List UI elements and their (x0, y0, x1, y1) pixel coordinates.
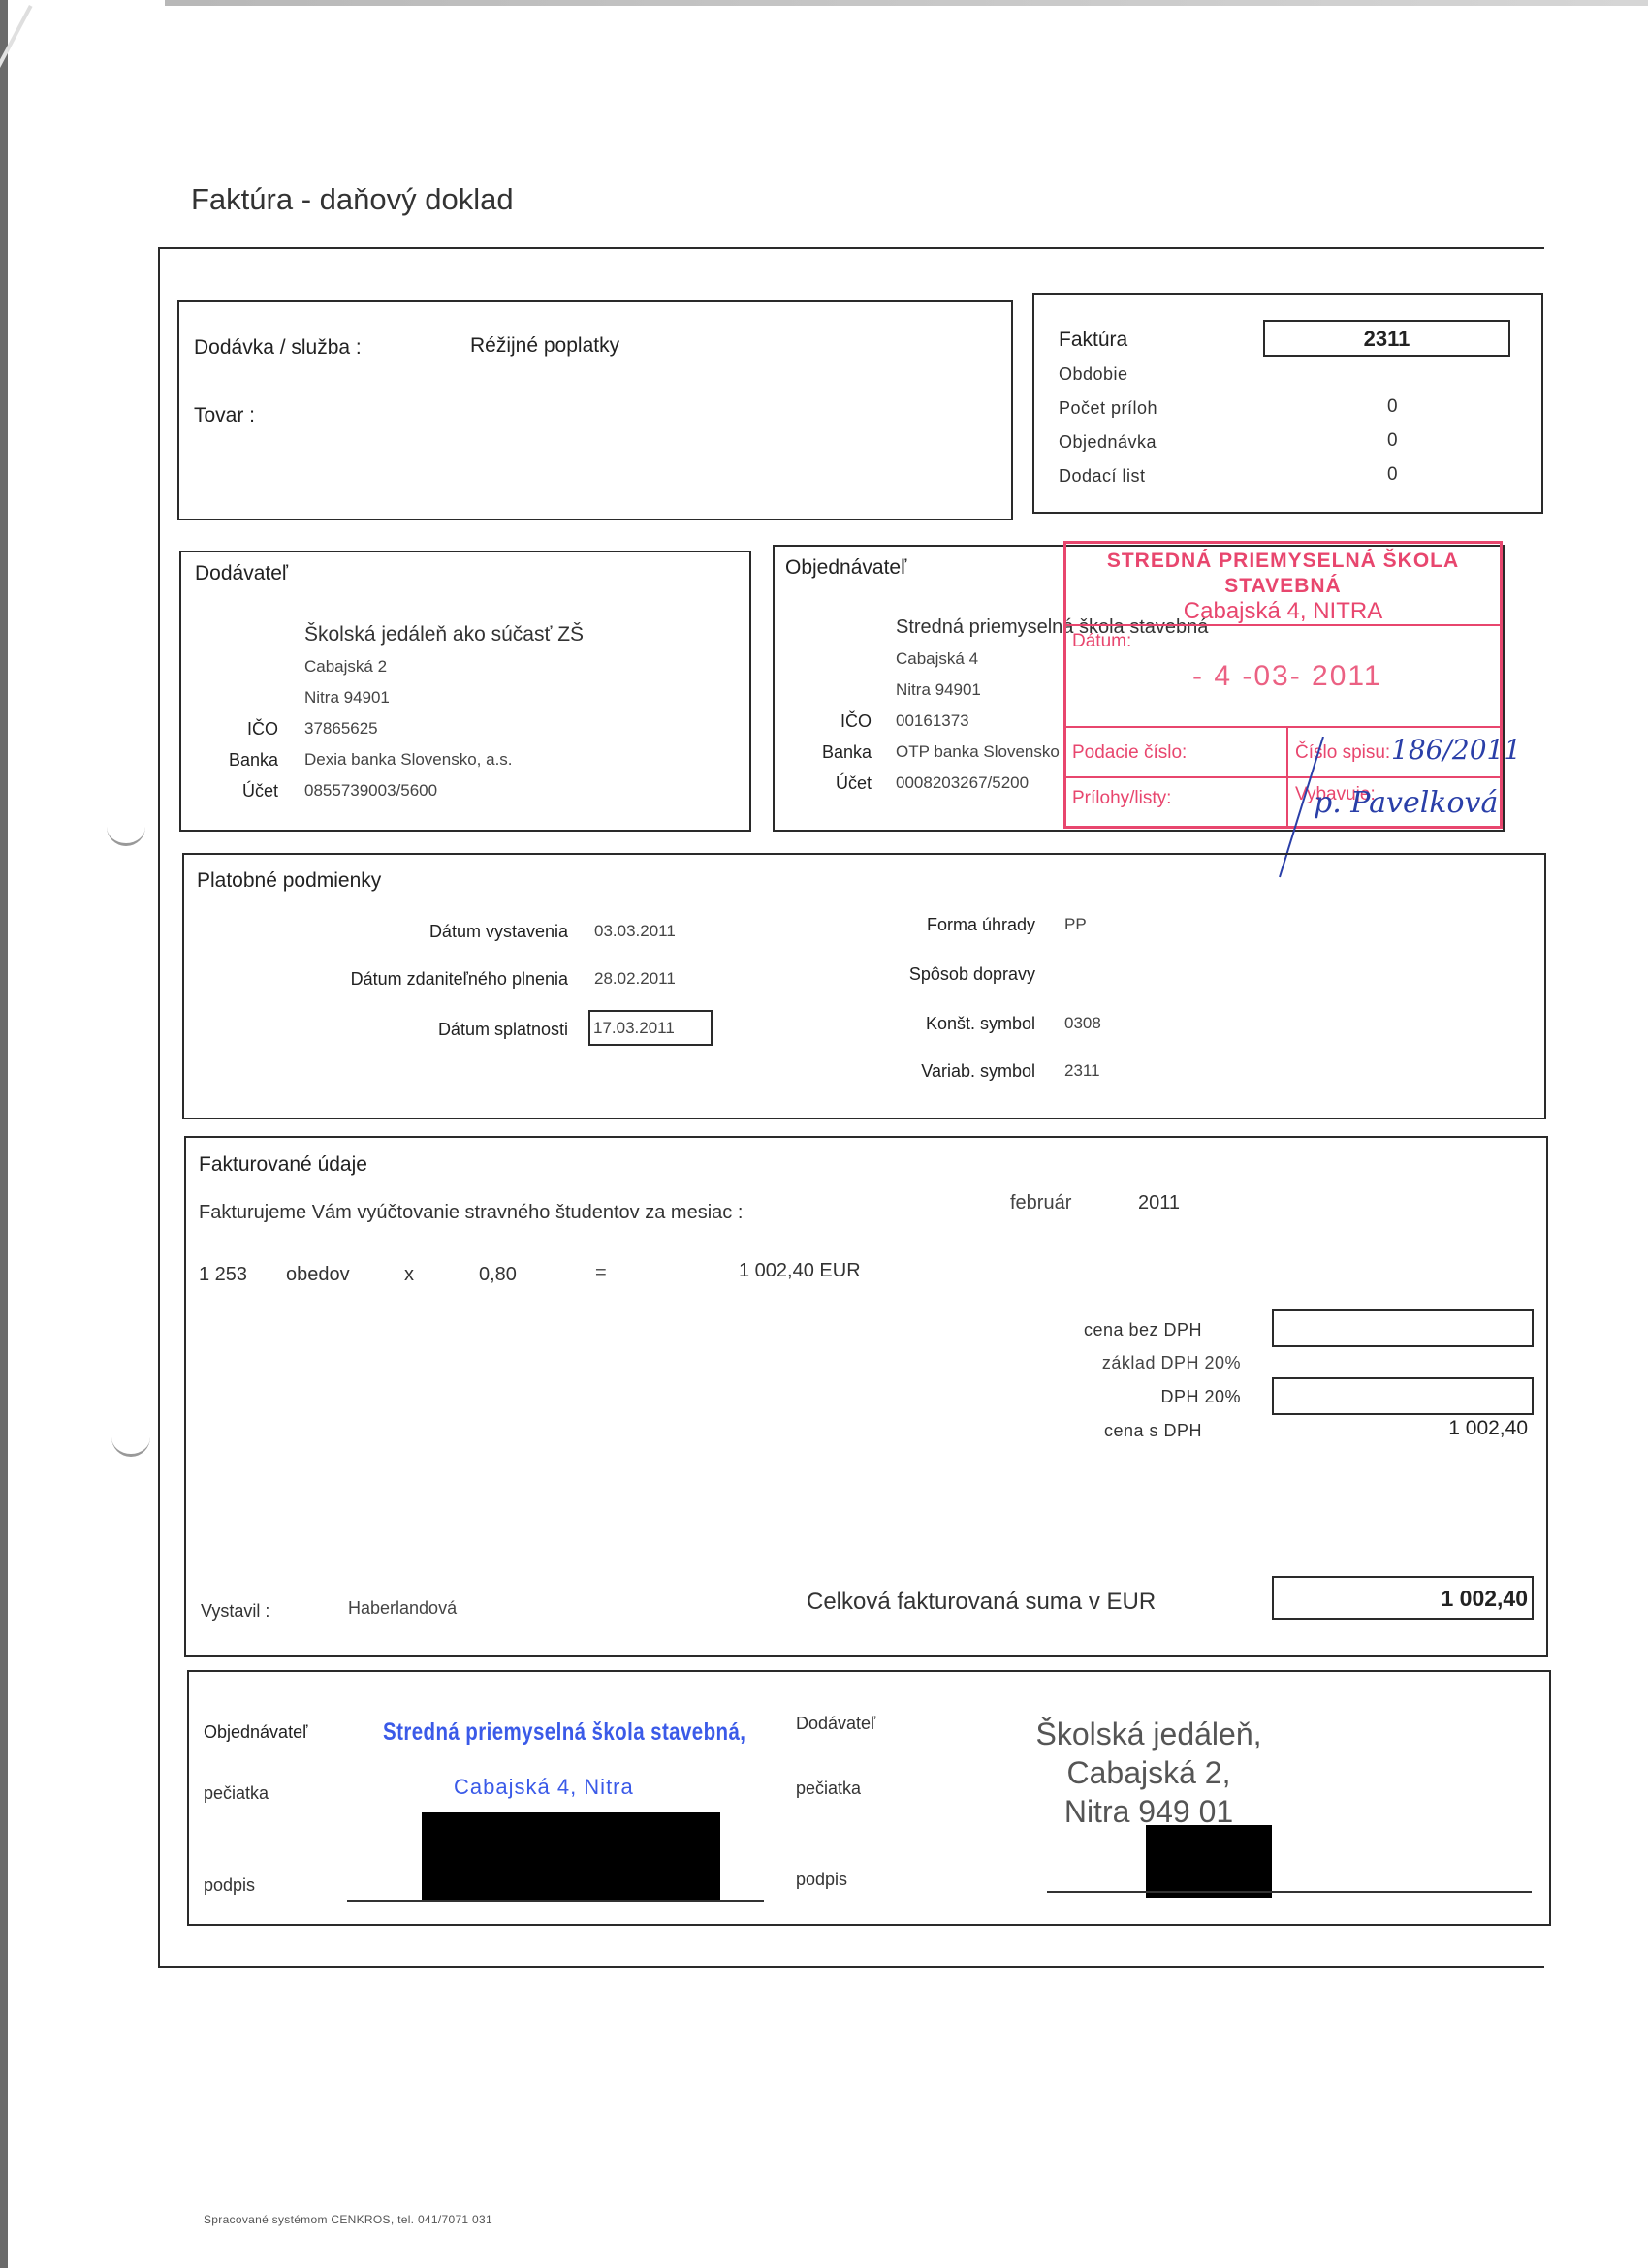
supplier-bank-label: Banka (181, 750, 278, 771)
document-title: Faktúra - daňový doklad (191, 182, 514, 217)
customer-city: Nitra 94901 (896, 680, 981, 700)
issued-by: Haberlandová (348, 1598, 457, 1619)
constant-symbol-label: Konšt. symbol (766, 1014, 1035, 1034)
attachments-count-value: 0 (1387, 396, 1398, 418)
variable-symbol-value: 2311 (1064, 1061, 1100, 1081)
customer-bank-label: Banka (775, 742, 872, 763)
customer-heading: Objednávateľ (785, 556, 906, 580)
supplier-ico: 37865625 (304, 719, 378, 739)
stamp-handled-by-value: p. Pavelková (1314, 786, 1498, 820)
invoice-month: február (1010, 1192, 1071, 1214)
variable-symbol-label: Variab. symbol (766, 1061, 1035, 1082)
item-unit-price: 0,80 (479, 1264, 517, 1286)
stamp-file-no-value: 186/2011 (1391, 734, 1521, 766)
supplier-sign-label: podpis (796, 1870, 847, 1890)
supplier-stamp-line2: Cabajská 2, (994, 1755, 1304, 1791)
customer-bank: OTP banka Slovensko (896, 742, 1060, 762)
supplier-city: Nitra 94901 (304, 688, 390, 708)
net-price-box (1272, 1309, 1534, 1347)
customer-ico-label: IČO (775, 711, 872, 732)
customer-account: 0008203267/5200 (896, 773, 1029, 793)
period-label: Obdobie (1059, 364, 1128, 385)
supplier-signature-label: Dodávateľ (796, 1714, 875, 1734)
attachments-count-label: Počet príloh (1059, 398, 1157, 419)
net-price-label: cena bez DPH (865, 1320, 1202, 1340)
customer-stamp-line1: Stredná priemyselná škola stavebná, (383, 1718, 745, 1747)
customer-account-label: Účet (775, 773, 872, 794)
customer-stamp-line2: Cabajská 4, Nitra (454, 1775, 634, 1800)
customer-street: Cabajská 4 (896, 649, 978, 669)
delivery-note-label: Dodací list (1059, 466, 1146, 487)
invoice-number: 2311 (1265, 327, 1508, 352)
payment-terms-heading: Platobné podmienky (197, 869, 381, 893)
due-date-box: 17.03.2011 (588, 1010, 713, 1046)
invoice-label: Faktúra (1059, 329, 1127, 352)
customer-stamp-label: pečiatka (204, 1783, 269, 1804)
stamp-line1: STREDNÁ PRIEMYSELNÁ ŠKOLA (1066, 550, 1500, 573)
supplier-box: Dodávateľ Školská jedáleň ako súčasť ZŠ … (179, 551, 751, 832)
transport-label: Spôsob dopravy (766, 964, 1035, 985)
customer-sign-label: podpis (204, 1875, 255, 1896)
supplier-account: 0855739003/5600 (304, 781, 437, 801)
constant-symbol-value: 0308 (1064, 1014, 1101, 1033)
order-value: 0 (1387, 430, 1398, 452)
issue-date-label: Dátum vystavenia (184, 922, 568, 942)
stamp-line2: STAVEBNÁ (1066, 575, 1500, 598)
stamp-line3: Cabajská 4, NITRA (1066, 598, 1500, 625)
punch-hole (107, 824, 145, 846)
stamp-date-value: - 4 -03- 2011 (1192, 660, 1382, 693)
customer-ico: 00161373 (896, 711, 969, 731)
payment-form-label: Forma úhrady (766, 915, 1035, 935)
supplier-stamp-line1: Školská jedáleň, (994, 1717, 1304, 1752)
scan-edge (0, 0, 8, 2268)
stamp-attachments-label: Prílohy/listy: (1072, 788, 1171, 809)
grand-total: 1 002,40 (1441, 1586, 1528, 1612)
invoice-number-box: 2311 (1263, 320, 1510, 357)
supplier-heading: Dodávateľ (195, 562, 288, 585)
supplier-ico-label: IČO (181, 719, 278, 740)
scan-top-edge (165, 0, 1648, 6)
stamp-filing-no-label: Podacie číslo: (1072, 742, 1187, 764)
redacted-signature (1146, 1825, 1272, 1898)
vat-label: DPH 20% (865, 1387, 1241, 1407)
item-times: x (404, 1264, 414, 1286)
payment-form-value: PP (1064, 915, 1087, 934)
payment-terms-box: Platobné podmienky Dátum vystavenia 03.0… (182, 853, 1546, 1119)
stamp-date-label: Dátum: (1072, 631, 1131, 652)
footer-text: Spracované systémom CENKROS, tel. 041/70… (204, 2213, 492, 2226)
redacted-signature (422, 1812, 720, 1900)
due-date-label: Dátum splatnosti (184, 1020, 568, 1040)
punch-hole (111, 1434, 150, 1457)
goods-label: Tovar : (194, 404, 255, 427)
taxable-supply-date-value: 28.02.2011 (594, 969, 676, 989)
vat-base-label: základ DPH 20% (865, 1353, 1241, 1373)
item-unit: obedov (286, 1264, 350, 1286)
order-label: Objednávka (1059, 432, 1157, 453)
supplier-signature-line (1047, 1891, 1532, 1893)
customer-signature-label: Objednávateľ (204, 1722, 307, 1743)
supplier-street: Cabajská 2 (304, 657, 387, 677)
gross-price-value: 1 002,40 (1272, 1417, 1528, 1440)
vat-box (1272, 1377, 1534, 1415)
invoiced-items-box: Fakturované údaje Fakturujeme Vám vyúčto… (184, 1136, 1548, 1657)
supplier-bank: Dexia banka Slovensko, a.s. (304, 750, 513, 770)
service-value: Réžijné poplatky (470, 334, 619, 358)
supplier-name: Školská jedáleň ako súčasť ZŠ (304, 623, 584, 646)
supplier-account-label: Účet (181, 781, 278, 802)
delivery-box: Dodávka / služba : Réžijné poplatky Tova… (177, 300, 1013, 520)
gross-price-label: cena s DPH (865, 1421, 1202, 1441)
invoice-description: Fakturujeme Vám vyúčtovanie stravného št… (199, 1202, 743, 1224)
issue-date-value: 03.03.2011 (594, 922, 676, 941)
supplier-stamp-label: pečiatka (796, 1779, 861, 1799)
service-label: Dodávka / služba : (194, 336, 362, 360)
customer-signature-line (347, 1900, 764, 1902)
delivery-note-value: 0 (1387, 464, 1398, 486)
due-date-value: 17.03.2011 (593, 1019, 675, 1038)
invoiced-items-heading: Fakturované údaje (199, 1153, 367, 1177)
invoice-info-box: Faktúra 2311 Obdobie Počet príloh 0 Obje… (1032, 293, 1543, 514)
taxable-supply-date-label: Dátum zdaniteľného plnenia (184, 969, 568, 990)
item-equals: = (595, 1262, 607, 1284)
signatures-box: Objednávateľ pečiatka podpis Stredná pri… (187, 1670, 1551, 1926)
item-quantity: 1 253 (199, 1264, 247, 1286)
grand-total-label: Celková fakturovaná suma v EUR (807, 1589, 1156, 1616)
invoice-year: 2011 (1138, 1192, 1180, 1214)
grand-total-box: 1 002,40 (1272, 1576, 1534, 1620)
item-total: 1 002,40 EUR (739, 1260, 861, 1282)
issued-by-label: Vystavil : (201, 1601, 269, 1622)
